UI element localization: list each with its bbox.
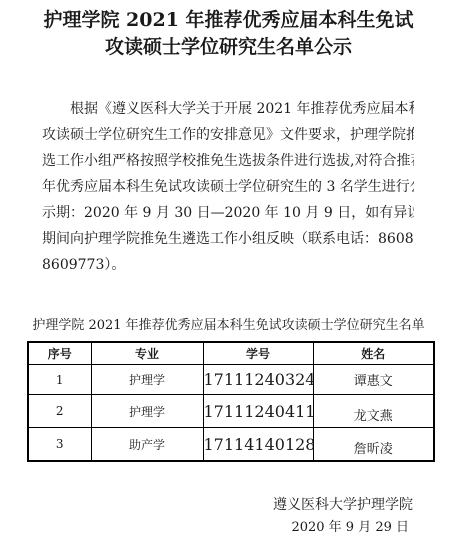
cell-number: 2 bbox=[28, 395, 91, 428]
table-row: 2 护理学 17111240411 龙文燕 bbox=[28, 395, 434, 428]
column-header-name: 姓名 bbox=[313, 342, 434, 365]
body-line: 选工作小组严格按照学校推免生选拔条件进行选拔,对符合推荐 2021 bbox=[42, 148, 414, 174]
document-title-line-1: 护理学院 2021 年推荐优秀应届本科生免试 bbox=[0, 7, 457, 34]
table-row: 3 助产学 17114140128 詹昕凌 bbox=[28, 428, 434, 462]
announcement-document: 护理学院 2021 年推荐优秀应届本科生免试 攻读硕士学位研究生名单公示 根据《… bbox=[0, 0, 457, 538]
document-body-paragraph: 根据《遵义医科大学关于开展 2021 年推荐优秀应届本科生免试 攻读硕士学位研究… bbox=[0, 96, 457, 278]
body-line: 期间向护理学院推免生遴选工作小组反映（联系电话：8608327、 bbox=[42, 226, 414, 252]
cell-student-id: 17114140128 bbox=[203, 428, 313, 462]
column-header-number: 序号 bbox=[28, 342, 91, 365]
column-header-major: 专业 bbox=[91, 342, 203, 365]
document-title-line-2: 攻读硕士学位研究生名单公示 bbox=[0, 34, 457, 61]
cell-number: 1 bbox=[28, 365, 91, 395]
document-title: 护理学院 2021 年推荐优秀应届本科生免试 攻读硕士学位研究生名单公示 bbox=[0, 0, 457, 61]
cell-student-id: 17111240411 bbox=[203, 395, 313, 428]
cell-number: 3 bbox=[28, 428, 91, 462]
table-row: 1 护理学 17111240324 谭惠文 bbox=[28, 365, 434, 395]
column-header-student-id: 学号 bbox=[203, 342, 313, 365]
body-line: 示期：2020 年 9 月 30 日—2020 年 10 月 9 日，如有异议，… bbox=[42, 200, 414, 226]
body-line: 攻读硕士学位研究生工作的安排意见》文件要求，护理学院推免生遴 bbox=[42, 122, 414, 148]
body-line: 年优秀应届本科生免试攻读硕士学位研究生的 3 名学生进行公示，公 bbox=[42, 174, 414, 200]
cell-name: 龙文燕 bbox=[313, 395, 434, 428]
body-line: 8609773）。 bbox=[42, 252, 414, 278]
cell-name: 谭惠文 bbox=[313, 365, 434, 395]
cell-major: 护理学 bbox=[91, 395, 203, 428]
signature-organization: 遵义医科大学护理学院 bbox=[0, 495, 413, 515]
cell-student-id: 17111240324 bbox=[203, 365, 313, 395]
signature-block: 遵义医科大学护理学院 2020 年 9 月 29 日 bbox=[0, 495, 457, 538]
roster-table: 序号 专业 学号 姓名 1 护理学 17111240324 谭惠文 2 护理学 … bbox=[27, 341, 435, 462]
cell-major: 助产学 bbox=[91, 428, 203, 462]
table-header-row: 序号 专业 学号 姓名 bbox=[28, 342, 434, 365]
signature-date: 2020 年 9 月 29 日 bbox=[0, 518, 413, 538]
body-line: 根据《遵义医科大学关于开展 2021 年推荐优秀应届本科生免试 bbox=[42, 96, 414, 122]
cell-major: 护理学 bbox=[91, 365, 203, 395]
table-caption: 护理学院 2021 年推荐优秀应届本科生免试攻读硕士学位研究生名单 bbox=[0, 316, 457, 336]
cell-name: 詹昕凌 bbox=[313, 428, 434, 462]
